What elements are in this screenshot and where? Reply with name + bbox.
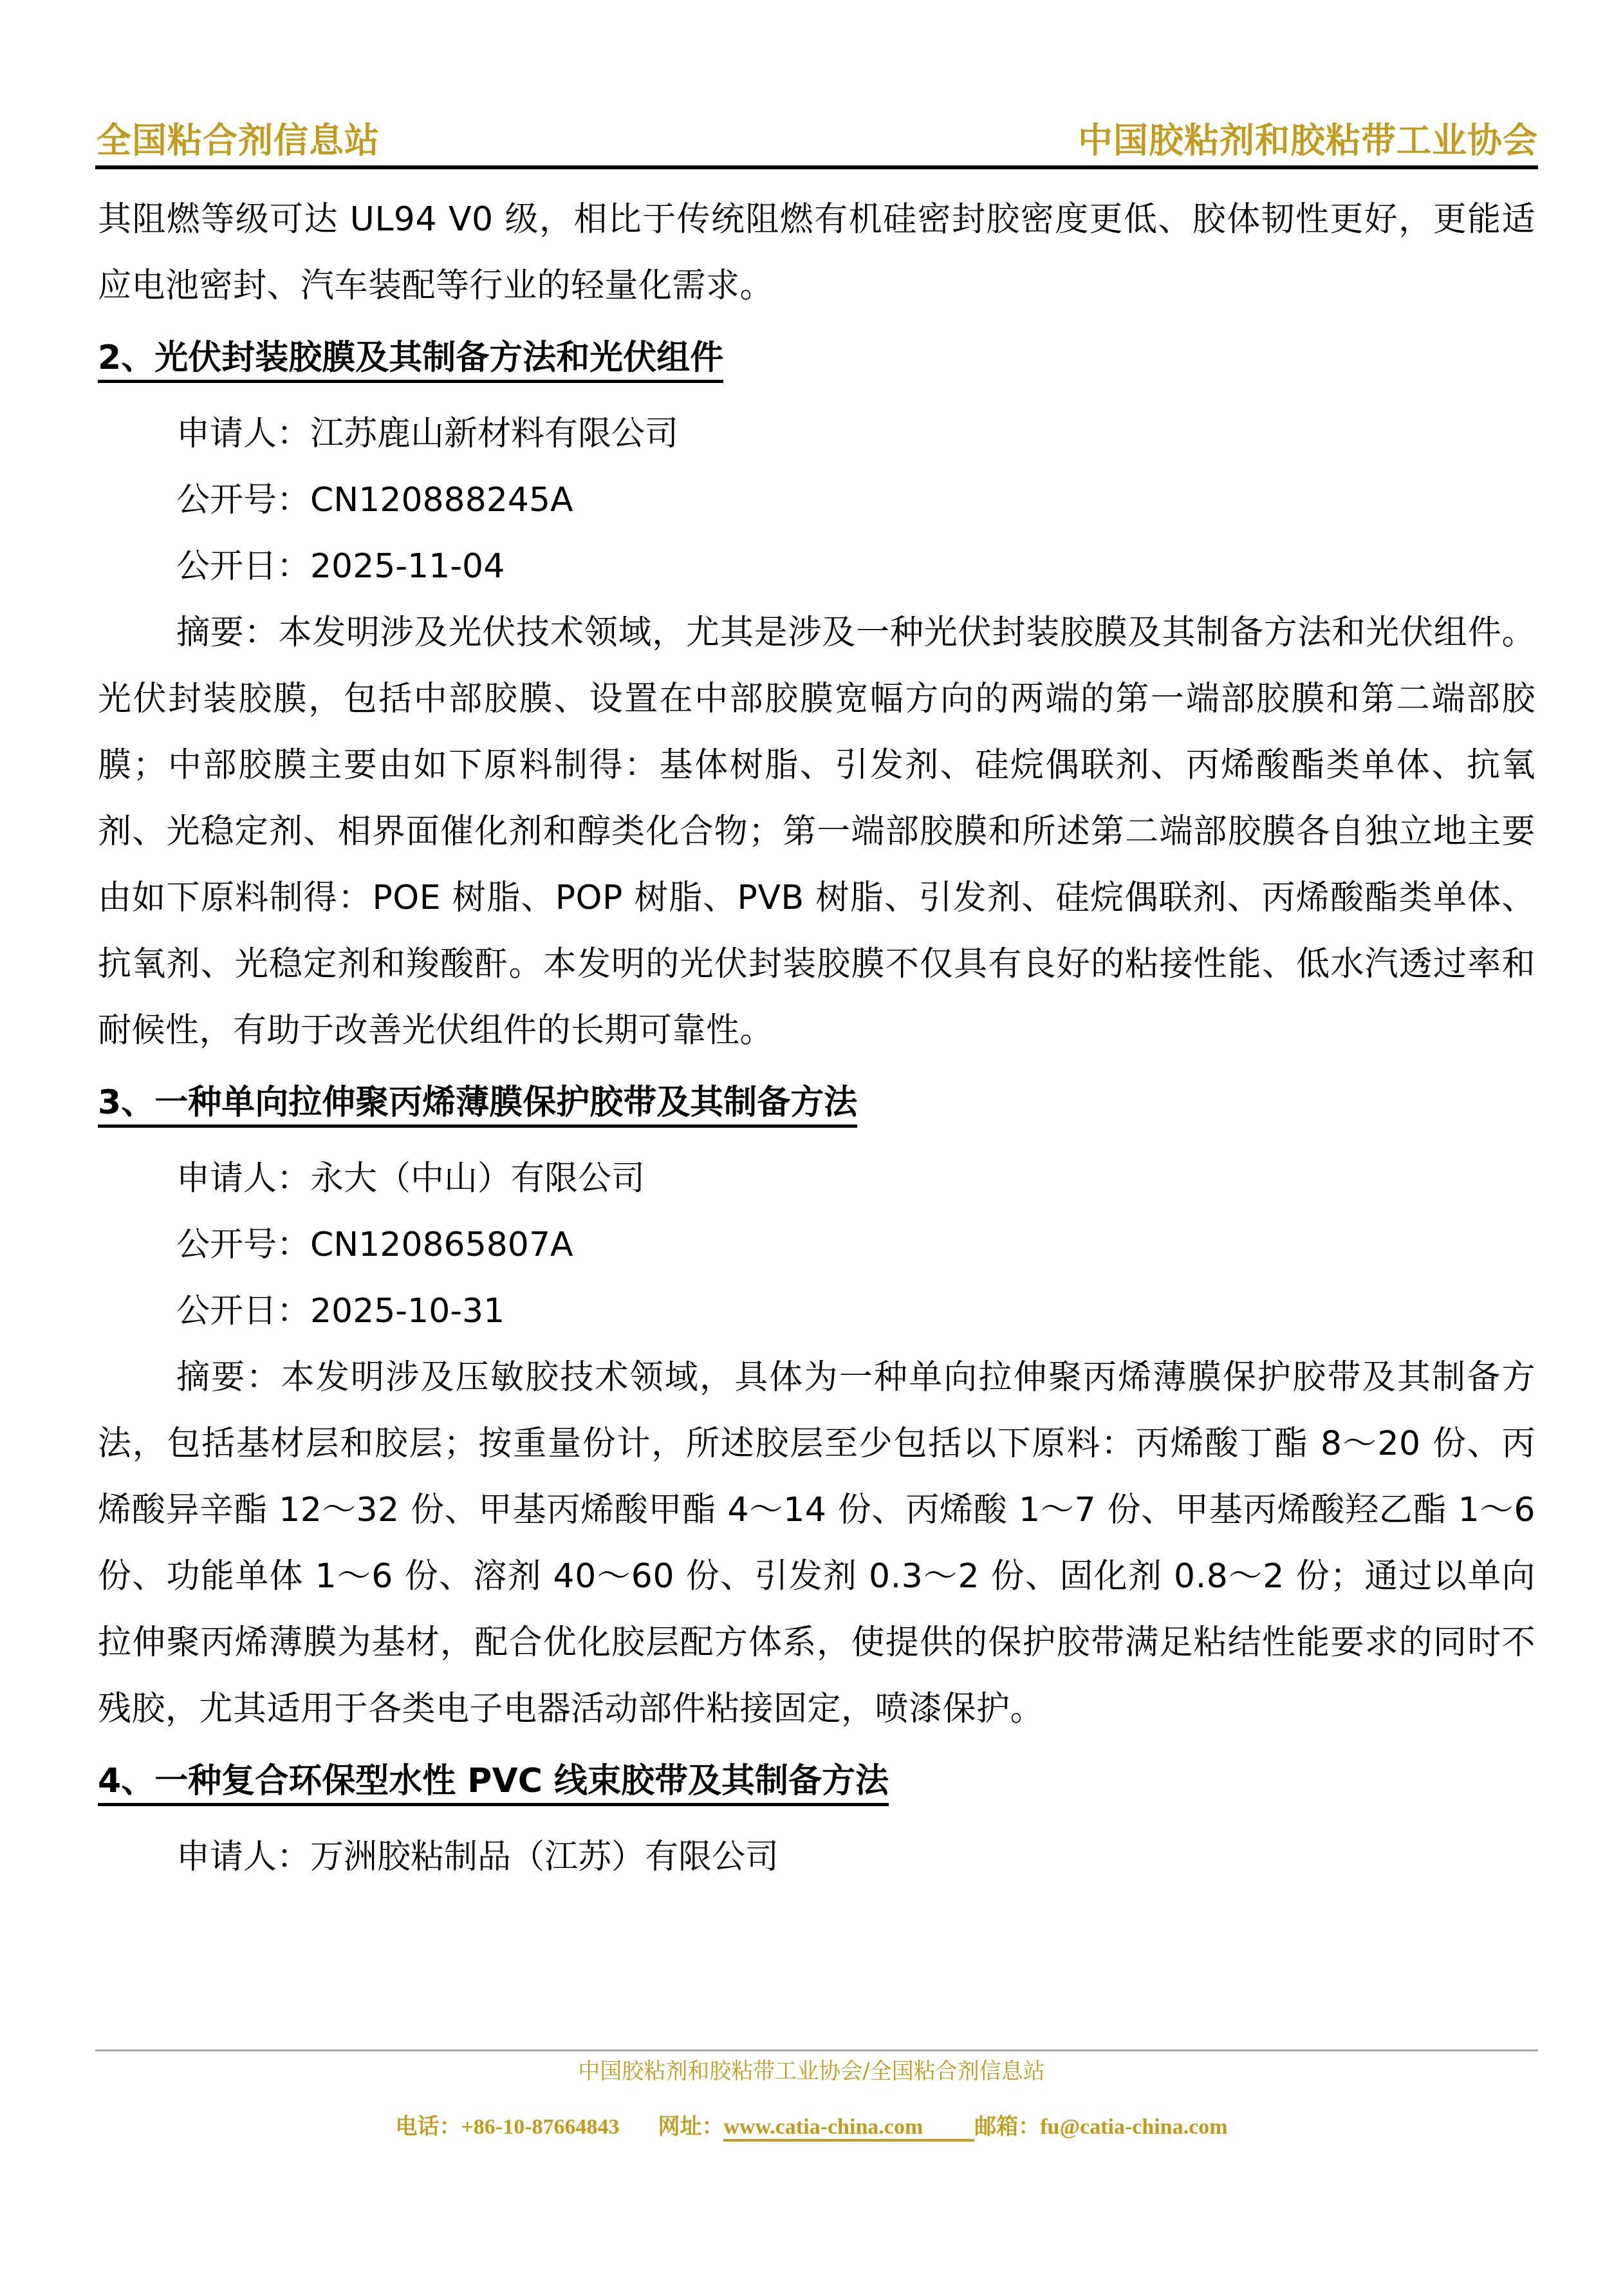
applicant-label: 申请人：	[176, 415, 310, 453]
pubno-row: 公开号：CN120888245A	[98, 467, 1535, 534]
intro-paragraph: 其阻燃等级可达 UL94 V0 级，相比于传统阻燃有机硅密封胶密度更低、胶体韧性…	[98, 187, 1535, 319]
applicant-label: 申请人：	[176, 1159, 310, 1198]
pubno-label: 公开号：	[176, 1226, 310, 1264]
pubno-value: CN120865807A	[310, 1226, 573, 1264]
applicant-row: 申请人：永大（中山）有限公司	[98, 1146, 1535, 1212]
phone-label: 电话：	[395, 2115, 461, 2139]
footer-org-line: 中国胶粘剂和胶粘带工业协会/全国粘合剂信息站	[0, 2055, 1623, 2087]
pubdate-label: 公开日：	[176, 1292, 310, 1330]
header-right-title: 中国胶粘剂和胶粘带工业协会	[1078, 120, 1538, 162]
pubno-row: 公开号：CN120865807A	[98, 1212, 1535, 1278]
patent-entry: 3、一种单向拉伸聚丙烯薄膜保护胶带及其制备方法 申请人：永大（中山）有限公司 公…	[98, 1069, 1535, 1742]
patent-heading: 4、一种复合环保型水性 PVC 线束胶带及其制备方法	[98, 1762, 889, 1806]
pubno-label: 公开号：	[176, 481, 310, 519]
footer-contact-line: 电话：+86-10-87664843网址：www.catia-china.com…	[0, 2111, 1623, 2143]
abstract-text: 本发明涉及光伏技术领域，尤其是涉及一种光伏封装胶膜及其制备方法和光伏组件。光伏封…	[98, 613, 1535, 1050]
pubdate-value: 2025-10-31	[310, 1292, 505, 1330]
patent-entry: 2、光伏封装胶膜及其制备方法和光伏组件 申请人：江苏鹿山新材料有限公司 公开号：…	[98, 324, 1535, 1064]
abstract-text: 本发明涉及压敏胶技术领域，具体为一种单向拉伸聚丙烯薄膜保护胶带及其制备方法，包括…	[98, 1358, 1535, 1728]
pubno-value: CN120888245A	[310, 481, 573, 519]
patent-entry: 4、一种复合环保型水性 PVC 线束胶带及其制备方法 申请人：万洲胶粘制品（江苏…	[98, 1748, 1535, 1890]
document-body: 其阻燃等级可达 UL94 V0 级，相比于传统阻燃有机硅密封胶密度更低、胶体韧性…	[98, 187, 1535, 1890]
applicant-value: 江苏鹿山新材料有限公司	[310, 415, 678, 453]
applicant-row: 申请人：江苏鹿山新材料有限公司	[98, 401, 1535, 467]
website-link[interactable]: www.catia-china.com	[723, 2115, 974, 2142]
patent-heading: 3、一种单向拉伸聚丙烯薄膜保护胶带及其制备方法	[98, 1083, 857, 1128]
abstract-paragraph: 摘要：本发明涉及压敏胶技术领域，具体为一种单向拉伸聚丙烯薄膜保护胶带及其制备方法…	[98, 1345, 1535, 1742]
header-left-title: 全国粘合剂信息站	[97, 120, 380, 162]
applicant-value: 万洲胶粘制品（江苏）有限公司	[310, 1838, 779, 1876]
abstract-paragraph: 摘要：本发明涉及光伏技术领域，尤其是涉及一种光伏封装胶膜及其制备方法和光伏组件。…	[98, 600, 1535, 1064]
page-header: 全国粘合剂信息站 中国胶粘剂和胶粘带工业协会	[97, 120, 1538, 165]
website-label: 网址：	[658, 2115, 723, 2139]
abstract-label: 摘要：	[176, 1358, 281, 1397]
pubdate-row: 公开日：2025-10-31	[98, 1278, 1535, 1345]
pubdate-value: 2025-11-04	[310, 547, 505, 586]
applicant-value: 永大（中山）有限公司	[310, 1159, 645, 1198]
applicant-row: 申请人：万洲胶粘制品（江苏）有限公司	[98, 1824, 1535, 1890]
applicant-label: 申请人：	[176, 1838, 310, 1876]
patent-heading: 2、光伏封装胶膜及其制备方法和光伏组件	[98, 339, 723, 383]
email-value[interactable]: fu@catia-china.com	[1040, 2115, 1227, 2139]
footer-divider	[95, 2049, 1538, 2051]
phone-value: +86-10-87664843	[461, 2115, 619, 2139]
email-label: 邮箱：	[974, 2115, 1040, 2139]
header-divider	[95, 165, 1538, 169]
pubdate-label: 公开日：	[176, 547, 310, 586]
abstract-label: 摘要：	[176, 613, 278, 652]
pubdate-row: 公开日：2025-11-04	[98, 534, 1535, 600]
